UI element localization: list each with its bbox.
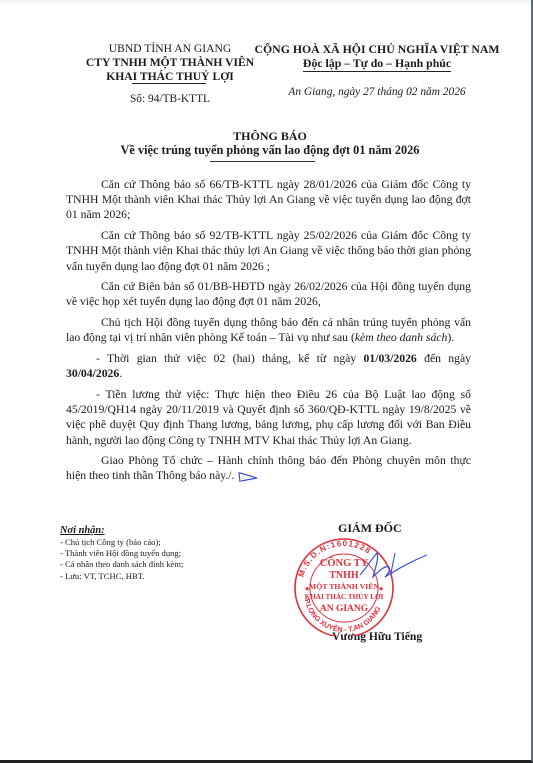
national-title: CỘNG HOÀ XÃ HỘI CHỦ NGHĨA VIỆT NAM [238,42,516,56]
probation-end-date: 30/04/2026 [66,367,119,380]
recipients-block: Nơi nhận: - Chủ tịch Công ty (báo cáo); … [60,524,260,582]
seal-line-business: KHAI THÁC THỦY LỢI [290,593,398,601]
scan-shade [0,0,531,6]
paragraph-probation-period: - Thời gian thử việc 02 (hai) tháng, kể … [66,351,471,381]
title-heading: THÔNG BÁO [80,129,460,143]
paragraph-legal-basis-2: Căn cứ Thông báo số 92/TB-KTTL ngày 25/0… [66,228,471,274]
title-subject: Về việc trúng tuyển phỏng vấn lao động đ… [80,143,460,157]
document-page: UBND TỈNH AN GIANG CTY TNHH MỘT THÀNH VI… [0,0,533,763]
recipients-heading: Nơi nhận: [60,524,260,537]
document-title: THÔNG BÁO Về việc trúng tuyển phỏng vấn … [80,129,460,157]
recipient-item: - Thành viên Hội đồng tuyển dụng; [60,548,260,559]
paragraph-legal-basis-1: Căn cứ Thông báo số 66/TB-KTTL ngày 28/0… [66,177,471,223]
recipient-item: - Chủ tịch Công ty (báo cáo); [60,537,260,548]
recipient-item: - Cá nhân theo danh sách đính kèm; [60,559,260,570]
national-header: CỘNG HOÀ XÃ HỘI CHỦ NGHĨA VIỆT NAM Độc l… [238,42,516,99]
document-date: An Giang, ngày 27 tháng 02 năm 2026 [238,85,516,99]
paragraph-probation-salary: - Tiền lương thử việc: Thực hiện theo Đi… [66,387,471,448]
handwritten-signature-icon [355,545,430,585]
seal-line-province: AN GIANG [290,604,398,614]
signer-role: GIÁM ĐỐC [338,521,402,536]
paragraph-legal-basis-3: Căn cứ Biên bản số 01/BB-HĐTD ngày 26/02… [66,279,471,309]
recipient-item: - Lưu: VT, TCHC, HBT. [60,571,260,582]
header-underline [132,83,206,84]
paragraph-announcement: Chủ tịch Hội đồng tuyển dụng thông báo đ… [66,315,471,345]
attachment-note: kèm theo danh sách [355,331,448,344]
title-underline [210,161,315,162]
document-body: Căn cứ Thông báo số 66/TB-KTTL ngày 28/0… [66,177,471,489]
paragraph-assignment: Giao Phòng Tổ chức – Hành chính thông bá… [66,453,471,483]
initial-mark-icon [237,471,259,483]
national-motto: Độc lập – Tự do – Hạnh phúc [303,56,451,72]
probation-start-date: 01/03/2026 [364,352,417,365]
